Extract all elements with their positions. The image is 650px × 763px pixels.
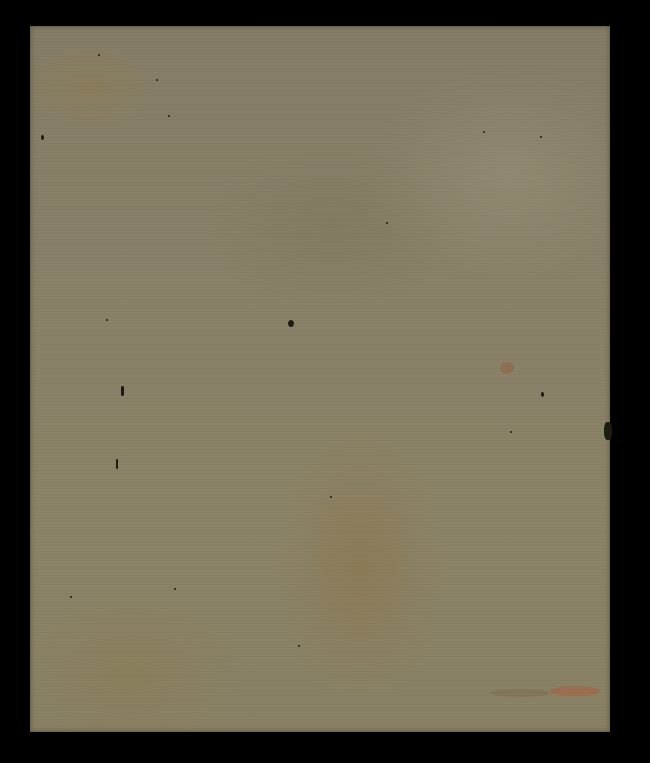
ink-speck (168, 115, 170, 117)
ink-speck (41, 135, 44, 140)
ink-speck (386, 222, 388, 224)
ink-speck (156, 79, 158, 81)
red-stain (500, 362, 514, 374)
ink-speck (541, 392, 544, 397)
ink-speck (510, 431, 512, 433)
edge-mark (604, 422, 612, 440)
ink-speck (98, 54, 100, 56)
ink-speck (298, 645, 300, 647)
ink-speck (174, 588, 176, 590)
ink-speck (121, 386, 124, 396)
ink-speck (116, 459, 118, 469)
ink-speck (288, 320, 294, 327)
ink-speck (70, 596, 72, 598)
ink-speck (330, 496, 332, 498)
red-stain (490, 689, 550, 697)
red-stain (550, 686, 600, 696)
ink-speck (483, 131, 485, 133)
ink-speck (106, 319, 108, 321)
paper-sheet (30, 26, 610, 732)
ink-speck (540, 136, 542, 138)
